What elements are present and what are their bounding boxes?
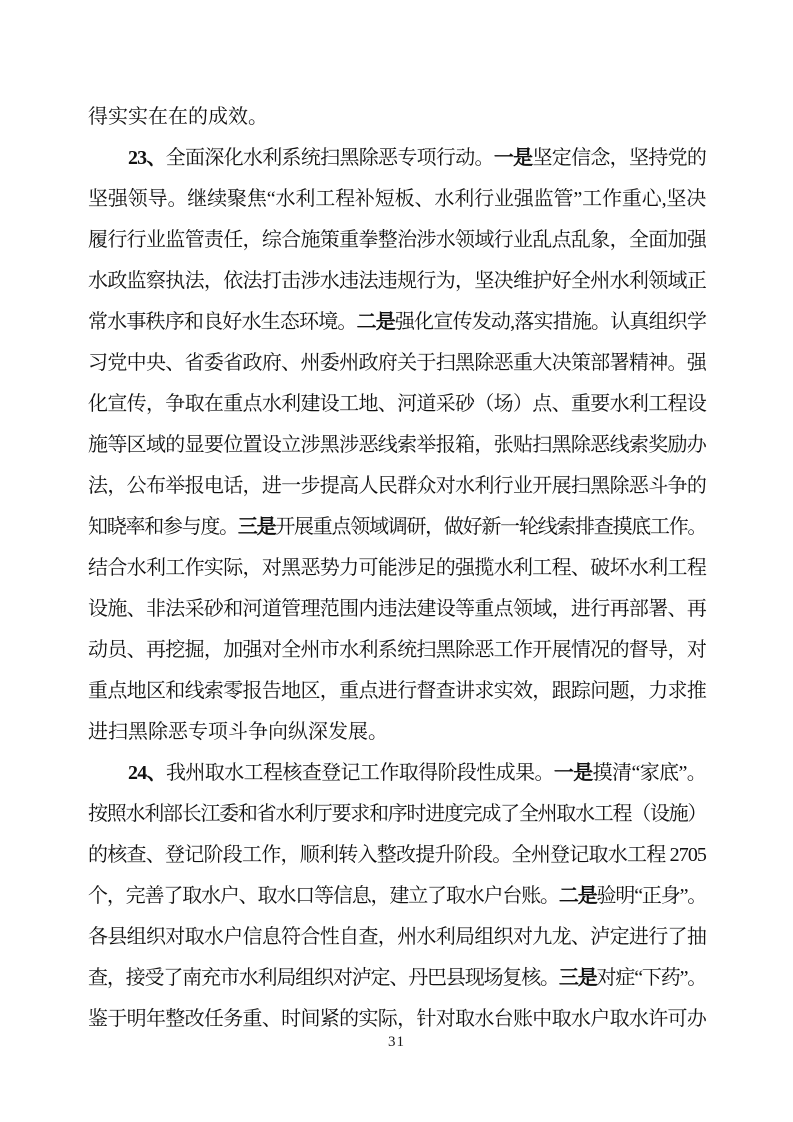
text-run: 查，接受了南充市水利局组织对泸定、丹巴县现场复核。 <box>88 967 559 989</box>
text-run: 动员、再挖掘，加强对全州市水利系统扫黑除恶工作开展情况的督导，对 <box>88 639 706 661</box>
text-run: 强化宣传发动,落实措施。认真组织学 <box>395 311 706 333</box>
text-line: 常水事秩序和良好水生态环境。二是强化宣传发动,落实措施。认真组织学 <box>88 302 706 343</box>
bold-text-run: 二是 <box>357 311 395 333</box>
text-run: 结合水利工作实际，对黑恶势力可能涉足的强揽水利工程、破坏水利工程 <box>88 557 706 579</box>
text-run: 习党中央、省委省政府、州委州政府关于扫黑除恶重大决策部署精神。强 <box>88 352 706 374</box>
text-run: 设施、非法采砂和河道管理范围内违法建设等重点领域，进行再部署、再 <box>88 598 706 620</box>
bold-text-run: 二是 <box>559 885 597 907</box>
text-line: 查，接受了南充市水利局组织对泸定、丹巴县现场复核。三是对症“下药”。 <box>88 958 706 999</box>
bold-text-run: 24、 <box>128 762 166 784</box>
text-line: 习党中央、省委省政府、州委州政府关于扫黑除恶重大决策部署精神。强 <box>88 343 706 384</box>
text-line: 坚强领导。继续聚焦“水利工程补短板、水利行业强监管”工作重心,坚决 <box>88 179 706 220</box>
bold-text-run: 23、 <box>128 147 166 169</box>
text-line: 知晓率和参与度。三是开展重点领域调研，做好新一轮线索排查摸底工作。 <box>88 507 706 548</box>
text-run: 重点地区和线索零报告地区，重点进行督查讲求实效，跟踪问题，力求推 <box>88 680 706 702</box>
text-line: 个，完善了取水户、取水口等信息，建立了取水户台账。二是验明“正身”。 <box>88 876 706 917</box>
text-run: 按照水利部长江委和省水利厅要求和序时进度完成了全州取水工程（设施） <box>88 803 706 825</box>
page-number: 31 <box>0 1031 793 1053</box>
text-run: 开展重点领域调研，做好新一轮线索排查摸底工作。 <box>275 516 706 538</box>
text-run: 化宣传，争取在重点水利建设工地、河道采砂（场）点、重要水利工程设 <box>88 393 706 415</box>
text-line: 施等区域的显要位置设立涉黑涉恶线索举报箱，张贴扫黑除恶线索奖励办 <box>88 425 706 466</box>
text-line: 水政监察执法，依法打击涉水违法违规行为，坚决维护好全州水利领域正 <box>88 261 706 302</box>
text-line: 化宣传，争取在重点水利建设工地、河道采砂（场）点、重要水利工程设 <box>88 384 706 425</box>
text-run: 施等区域的显要位置设立涉黑涉恶线索举报箱，张贴扫黑除恶线索奖励办 <box>88 434 706 456</box>
text-run: 履行行业监管责任，综合施策重拳整治涉水领域行业乱点乱象，全面加强 <box>88 229 706 251</box>
text-run: 鉴于明年整改任务重、时间紧的实际，针对取水台账中取水户取水许可办 <box>88 1008 706 1030</box>
text-line: 的核查、登记阶段工作，顺利转入整改提升阶段。全州登记取水工程 2705 <box>88 835 706 876</box>
text-line: 履行行业监管责任，综合施策重拳整治涉水领域行业乱点乱象，全面加强 <box>88 220 706 261</box>
bold-text-run: 三是 <box>238 516 275 538</box>
text-line: 动员、再挖掘，加强对全州市水利系统扫黑除恶工作开展情况的督导，对 <box>88 630 706 671</box>
text-run: 验明“正身”。 <box>597 885 706 907</box>
text-line: 重点地区和线索零报告地区，重点进行督查讲求实效，跟踪问题，力求推 <box>88 671 706 712</box>
bold-text-run: 一是 <box>494 147 533 169</box>
text-run: 我州取水工程核查登记工作取得阶段性成果。 <box>166 762 554 784</box>
document-body: 得实实在在的成效。23、全面深化水利系统扫黑除恶专项行动。一是坚定信念，坚持党的… <box>88 97 706 1040</box>
text-run: 对症“下药”。 <box>597 967 706 989</box>
bold-text-run: 一是 <box>554 762 593 784</box>
document-page: 得实实在在的成效。23、全面深化水利系统扫黑除恶专项行动。一是坚定信念，坚持党的… <box>0 0 793 1122</box>
text-run: 得实实在在的成效。 <box>88 106 268 128</box>
text-run: 摸清“家底”。 <box>593 762 706 784</box>
text-line: 得实实在在的成效。 <box>88 97 706 138</box>
text-run: 进扫黑除恶专项斗争向纵深发展。 <box>88 721 388 743</box>
bold-text-run: 三是 <box>559 967 597 989</box>
text-run: 的核查、登记阶段工作，顺利转入整改提升阶段。全州登记取水工程 2705 <box>88 844 706 866</box>
text-run: 水政监察执法，依法打击涉水违法违规行为，坚决维护好全州水利领域正 <box>88 270 706 292</box>
text-line: 24、我州取水工程核查登记工作取得阶段性成果。一是摸清“家底”。 <box>88 753 706 794</box>
text-line: 各县组织对取水户信息符合性自查，州水利局组织对九龙、泸定进行了抽 <box>88 917 706 958</box>
text-run: 各县组织对取水户信息符合性自查，州水利局组织对九龙、泸定进行了抽 <box>88 926 706 948</box>
text-run: 个，完善了取水户、取水口等信息，建立了取水户台账。 <box>88 885 559 907</box>
text-run: 常水事秩序和良好水生态环境。 <box>88 311 357 333</box>
text-line: 23、全面深化水利系统扫黑除恶专项行动。一是坚定信念，坚持党的 <box>88 138 706 179</box>
text-run: 坚定信念，坚持党的 <box>532 147 706 169</box>
text-line: 结合水利工作实际，对黑恶势力可能涉足的强揽水利工程、破坏水利工程 <box>88 548 706 589</box>
text-run: 全面深化水利系统扫黑除恶专项行动。 <box>166 147 494 169</box>
text-run: 坚强领导。继续聚焦“水利工程补短板、水利行业强监管”工作重心,坚决 <box>88 188 706 210</box>
text-line: 设施、非法采砂和河道管理范围内违法建设等重点领域，进行再部署、再 <box>88 589 706 630</box>
text-line: 进扫黑除恶专项斗争向纵深发展。 <box>88 712 706 753</box>
text-line: 法，公布举报电话，进一步提高人民群众对水利行业开展扫黑除恶斗争的 <box>88 466 706 507</box>
text-line: 按照水利部长江委和省水利厅要求和序时进度完成了全州取水工程（设施） <box>88 794 706 835</box>
text-run: 知晓率和参与度。 <box>88 516 238 538</box>
text-run: 法，公布举报电话，进一步提高人民群众对水利行业开展扫黑除恶斗争的 <box>88 475 706 497</box>
